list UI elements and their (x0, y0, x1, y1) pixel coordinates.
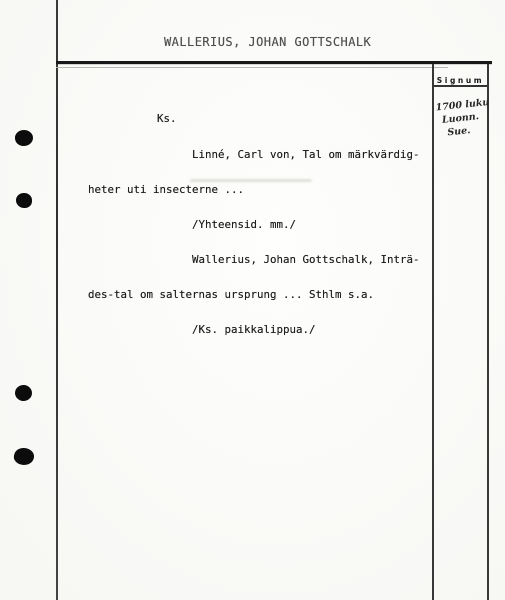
catalog-entry-text: Ks. Linné, Carl von, Tal om märkvärdig- … (88, 90, 433, 359)
catalog-line: heter uti insecterne ... (88, 184, 433, 196)
catalog-line: Linné, Carl von, Tal om märkvärdig- (88, 149, 433, 161)
signum-label: Signum (437, 76, 484, 85)
handwritten-line: Sue. (447, 122, 489, 139)
punch-hole-dot (13, 446, 36, 466)
heading-divider-rule-shadow (56, 67, 448, 68)
punch-hole-dot (16, 193, 32, 208)
signum-handwritten-note: 1700 luku Luonn. Sue. (432, 96, 489, 140)
card-heading-author: WALLERIUS, JOHAN GOTTSCHALK (164, 35, 371, 49)
scan-smudge-artifact (190, 179, 312, 182)
card-left-margin-rule (56, 0, 58, 600)
signum-header: Signum (434, 64, 487, 87)
catalog-line: /Ks. paikkalippua./ (88, 324, 433, 336)
catalog-line: /Yhteensid. mm./ (88, 219, 433, 231)
heading-divider-rule (56, 61, 492, 64)
catalog-line: Wallerius, Johan Gottschalk, Inträ- (88, 254, 433, 266)
punch-hole-dot (14, 384, 32, 401)
catalog-line: des-tal om salternas ursprung ... Sthlm … (88, 289, 433, 301)
catalog-line: Ks. (88, 113, 433, 125)
signum-column: Signum 1700 luku Luonn. Sue. (432, 64, 489, 600)
catalog-card-scan: WALLERIUS, JOHAN GOTTSCHALK Signum 1700 … (0, 0, 505, 600)
punch-hole-dot (14, 129, 34, 147)
